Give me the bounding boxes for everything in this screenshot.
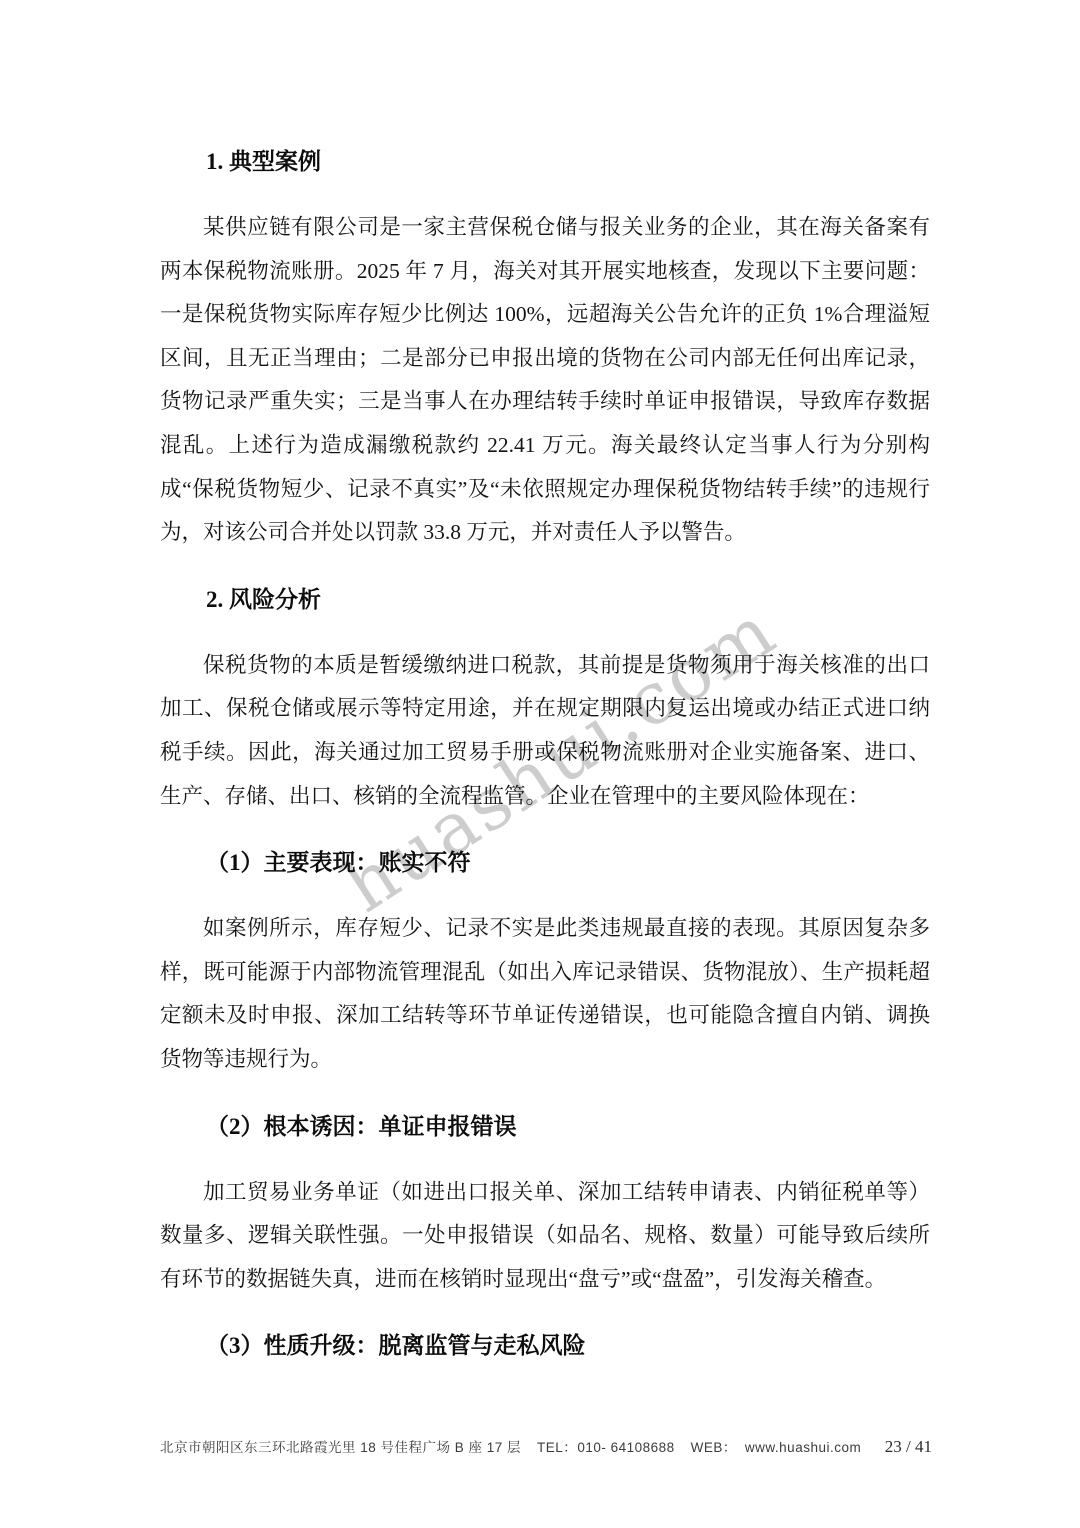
footer-contact-line: 北京市朝阳区东三环北路霞光里 18 号佳程广场 B 座 17 层TEL：010-…: [160, 1436, 861, 1456]
document-page: huashui.com 1. 典型案例 某供应链有限公司是一家主营保税仓储与报关…: [0, 0, 1080, 1528]
paragraph-root-cause: 加工贸易业务单证（如进出口报关单、深加工结转申请表、内销征税单等）数量多、逻辑关…: [160, 1171, 930, 1302]
footer-tel-value: 010- 64108688: [577, 1440, 674, 1455]
page-number: 23 / 41: [885, 1437, 932, 1457]
footer-web-label: WEB：: [691, 1440, 737, 1455]
page-footer: 北京市朝阳区东三环北路霞光里 18 号佳程广场 B 座 17 层TEL：010-…: [160, 1436, 932, 1457]
subsection-heading-root-cause: （2）根本诱因：单证申报错误: [160, 1105, 930, 1148]
footer-address: 北京市朝阳区东三环北路霞光里 18 号佳程广场 B 座 17 层: [160, 1440, 521, 1455]
paragraph-risk-analysis: 保税货物的本质是暂缓缴纳进口税款，其前提是货物须用于海关核准的出口加工、保税仓储…: [160, 644, 930, 818]
footer-tel-label: TEL：: [537, 1440, 577, 1455]
subsection-heading-main-manifestation: （1）主要表现：账实不符: [160, 841, 930, 884]
section-heading-risk-analysis: 2. 风险分析: [160, 578, 930, 621]
paragraph-main-manifestation: 如案例所示，库存短少、记录不实是此类违规最直接的表现。其原因复杂多样，既可能源于…: [160, 907, 930, 1081]
paragraph-typical-case: 某供应链有限公司是一家主营保税仓储与报关业务的企业，其在海关备案有两本保税物流账…: [160, 206, 930, 555]
section-heading-typical-case: 1. 典型案例: [160, 140, 930, 183]
subsection-heading-escalation: （3）性质升级：脱离监管与走私风险: [160, 1324, 930, 1367]
document-content: 1. 典型案例 某供应链有限公司是一家主营保税仓储与报关业务的企业，其在海关备案…: [160, 140, 930, 1390]
footer-web-url: www.huashui.com: [745, 1440, 861, 1455]
